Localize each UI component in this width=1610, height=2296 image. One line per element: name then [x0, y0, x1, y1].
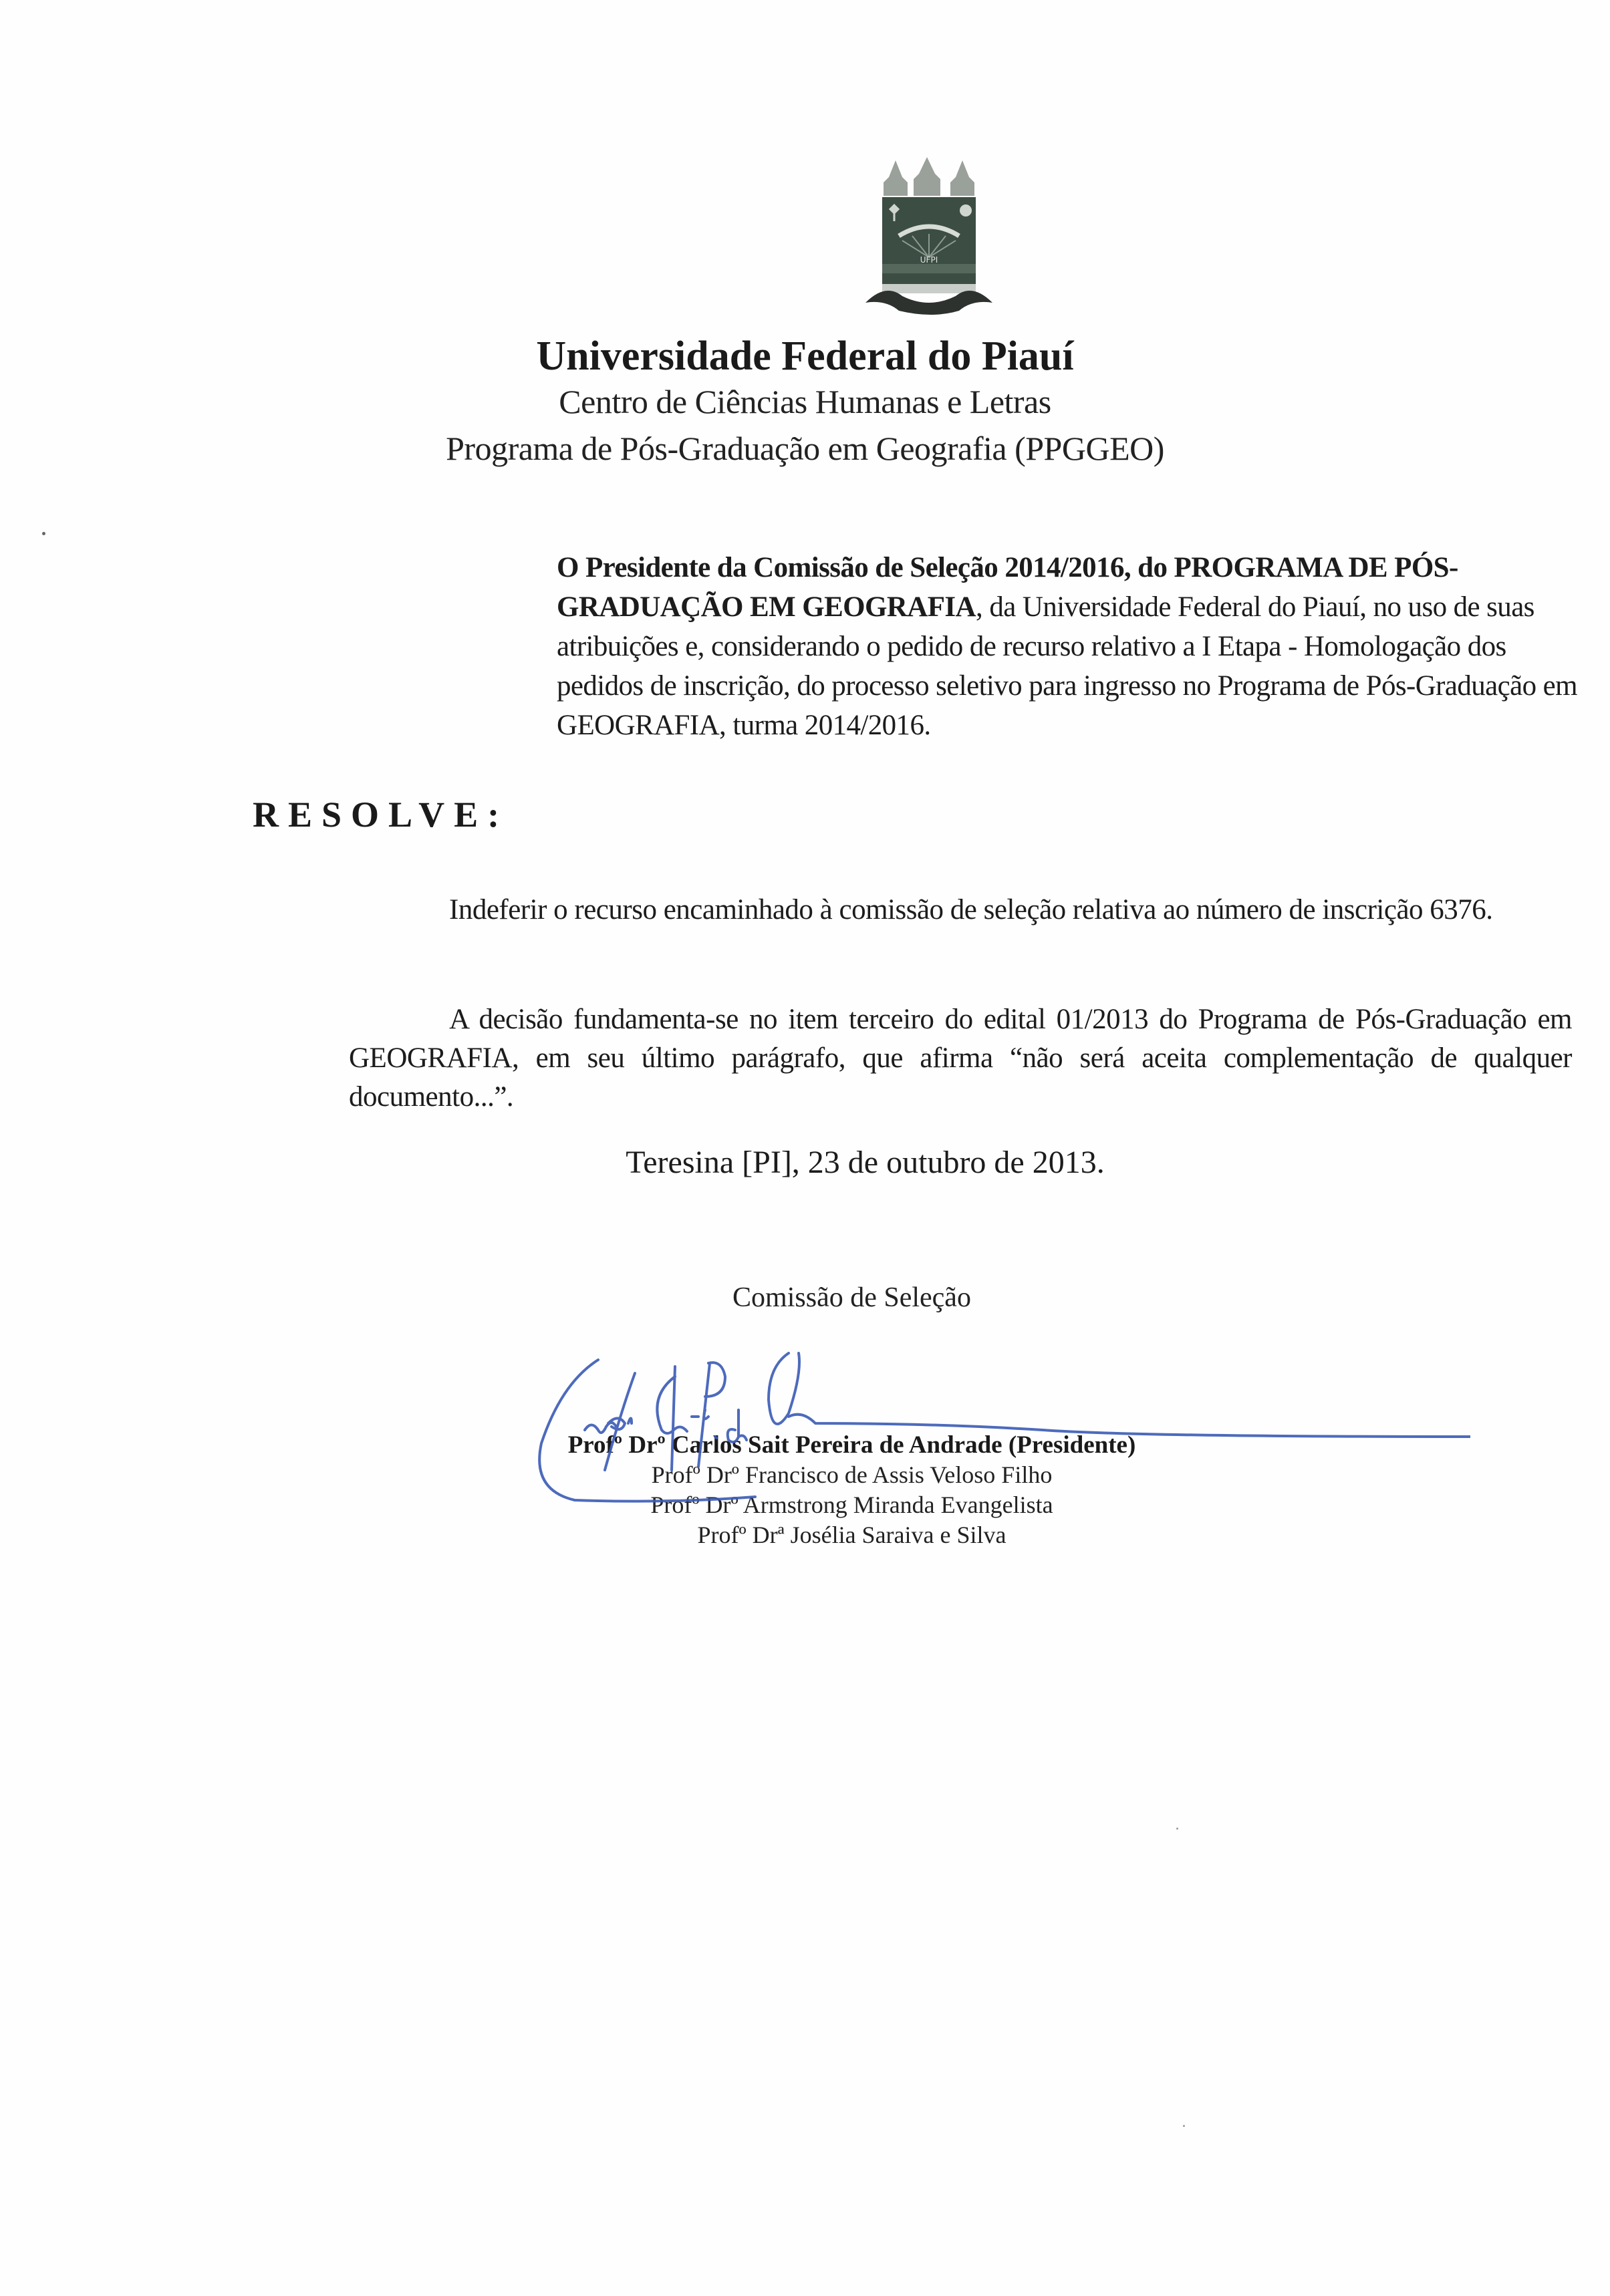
- committee-label: Comissão de Seleção: [0, 1282, 1610, 1314]
- scan-speck: [1183, 2125, 1185, 2127]
- member-name: Profº Drº Armstrong Miranda Evangelista: [94, 1490, 1610, 1520]
- university-name: Universidade Federal do Piauí: [0, 333, 1610, 380]
- member-president: Profº Drº Carlos Sait Pereira de Andrade…: [94, 1430, 1610, 1460]
- decision-paragraph: Indeferir o recurso encaminhado à comiss…: [349, 891, 1572, 929]
- scan-speck: [42, 532, 45, 535]
- center-name: Centro de Ciências Humanas e Letras: [0, 382, 1610, 421]
- svg-text:UFPI: UFPI: [920, 255, 938, 265]
- resolve-heading: RESOLVE:: [253, 794, 509, 835]
- program-name: Programa de Pós-Graduação em Geografia (…: [0, 429, 1610, 468]
- committee-members: Profº Drº Carlos Sait Pereira de Andrade…: [0, 1430, 1610, 1550]
- university-coat-of-arms-icon: UFPI: [862, 157, 996, 317]
- scan-speck: [1176, 1828, 1178, 1830]
- place-date: Teresina [PI], 23 de outubro de 2013.: [0, 1144, 1610, 1181]
- justification-paragraph: A decisão fundamenta-se no item terceiro…: [349, 1000, 1572, 1117]
- member-name: Profº Drª Josélia Saraiva e Silva: [94, 1520, 1610, 1550]
- document-page: UFPI Universidade Federal do Piauí Centr…: [0, 0, 1610, 2296]
- member-name: Profº Drº Francisco de Assis Veloso Filh…: [94, 1460, 1610, 1490]
- intro-paragraph: O Presidente da Comissão de Seleção 2014…: [557, 548, 1586, 745]
